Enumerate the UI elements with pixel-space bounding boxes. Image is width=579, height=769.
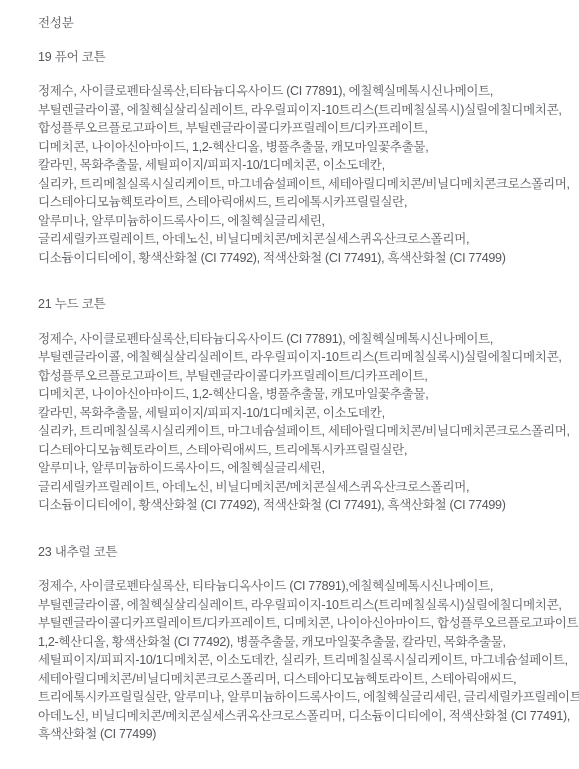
- ingredient-section: 23 내추럴 코튼정제수, 사이클로펜타실록산, 티타늄디옥사이드 (CI 77…: [38, 543, 579, 744]
- section-heading: 23 내추럴 코튼: [38, 543, 579, 562]
- section-heading: 21 누드 코튼: [38, 295, 579, 314]
- ingredient-line: 디소듐이디티에이, 황색산화철 (CI 77492), 적색산화철 (CI 77…: [38, 496, 579, 515]
- ingredient-line: 부틸렌글라이콜, 에칠헥실살리실레이트, 라우릴피이지-10트리스(트리메칠실록…: [38, 596, 579, 615]
- sections-container: 19 퓨어 코튼정제수, 사이클로펜타실록산,티타늄디옥사이드 (CI 7789…: [38, 48, 579, 744]
- ingredient-line: 디메치콘, 나이아신아마이드, 1,2-헥산디올, 병풀추출물, 캐모마일꽃추출…: [38, 138, 579, 157]
- page-title: 전성분: [38, 14, 579, 33]
- ingredient-line: 1,2-헥산디올, 황색산화철 (CI 77492), 병풀추출물, 캐모마일꽃…: [38, 633, 579, 652]
- ingredient-list: 정제수, 사이클로펜타실록산,티타늄디옥사이드 (CI 77891), 에칠헥실…: [38, 82, 579, 267]
- ingredient-line: 칼라민, 목화추출물, 세틸피이지/피피지-10/1디메치콘, 이소도데칸,: [38, 404, 579, 423]
- ingredient-line: 알루미나, 알루미늄하이드록사이드, 에칠헥실글리세린,: [38, 212, 579, 231]
- ingredient-line: 합성플루오르플로고파이트, 부틸렌글라이콜디카프릴레이트/디카프레이트,: [38, 367, 579, 386]
- ingredient-line: 디스테아디모늄헥토라이트, 스테아릭애씨드, 트리에톡시카프릴릴실란,: [38, 193, 579, 212]
- ingredient-line: 정제수, 사이클로펜타실록산, 티타늄디옥사이드 (CI 77891),에칠헥실…: [38, 577, 579, 596]
- ingredient-line: 정제수, 사이클로펜타실록산,티타늄디옥사이드 (CI 77891), 에칠헥실…: [38, 330, 579, 349]
- ingredient-line: 글리세릴카프릴레이트, 아데노신, 비닐디메치콘/메치콘실세스퀴옥산크로스폴리머…: [38, 478, 579, 497]
- ingredient-line: 실리카, 트리메칠실록시실리케이트, 마그네슘설페이트, 세테아릴디메치콘/비닐…: [38, 175, 579, 194]
- ingredient-line: 흑색산화철 (CI 77499): [38, 725, 579, 744]
- section-heading: 19 퓨어 코튼: [38, 48, 579, 67]
- ingredient-line: 부틸렌글라이콜, 에칠헥실살리실레이트, 라우릴피이지-10트리스(트리메칠실록…: [38, 101, 579, 120]
- ingredient-line: 트리에톡시카프릴릴실란, 알루미나, 알루미늄하이드록사이드, 에칠헥실글리세린…: [38, 688, 579, 707]
- ingredient-list: 정제수, 사이클로펜타실록산, 티타늄디옥사이드 (CI 77891),에칠헥실…: [38, 577, 579, 744]
- ingredient-line: 칼라민, 목화추출물, 세틸피이지/피피지-10/1디메치콘, 이소도데칸,: [38, 156, 579, 175]
- ingredient-line: 알루미나, 알루미늄하이드록사이드, 에칠헥실글리세린,: [38, 459, 579, 478]
- ingredients-document: 전성분 19 퓨어 코튼정제수, 사이클로펜타실록산,티타늄디옥사이드 (CI …: [0, 0, 579, 744]
- ingredient-line: 글리세릴카프릴레이트, 아데노신, 비닐디메치콘/메치콘실세스퀴옥산크로스폴리머…: [38, 230, 579, 249]
- ingredient-line: 아데노신, 비닐디메치콘/메치콘실세스퀴옥산크로스폴리머, 디소듐이디티에이, …: [38, 707, 579, 726]
- ingredient-line: 디메치콘, 나이아신아마이드, 1,2-헥산디올, 병풀추출물, 캐모마일꽃추출…: [38, 385, 579, 404]
- ingredient-list: 정제수, 사이클로펜타실록산,티타늄디옥사이드 (CI 77891), 에칠헥실…: [38, 330, 579, 515]
- ingredient-section: 21 누드 코튼정제수, 사이클로펜타실록산,티타늄디옥사이드 (CI 7789…: [38, 295, 579, 515]
- ingredient-line: 부틸렌글라이콜디카프릴레이트/디카프레이트, 디메치콘, 나이아신아마이드, 합…: [38, 614, 579, 633]
- ingredient-line: 실리카, 트리메칠실록시실리케이트, 마그네슘설페이트, 세테아릴디메치콘/비닐…: [38, 422, 579, 441]
- ingredient-line: 합성플루오르플로고파이트, 부틸렌글라이콜디카프릴레이트/디카프레이트,: [38, 119, 579, 138]
- ingredient-line: 디스테아디모늄헥토라이트, 스테아릭애씨드, 트리에톡시카프릴릴실란,: [38, 441, 579, 460]
- ingredient-line: 세틸피이지/피피지-10/1디메치콘, 이소도데칸, 실리카, 트리메칠실록시실…: [38, 651, 579, 670]
- ingredient-section: 19 퓨어 코튼정제수, 사이클로펜타실록산,티타늄디옥사이드 (CI 7789…: [38, 48, 579, 268]
- ingredient-line: 세테아릴디메치콘/비닐디메치콘크로스폴리머, 디스테아디모늄헥토라이트, 스테아…: [38, 670, 579, 689]
- ingredient-line: 부틸렌글라이콜, 에칠헥실살리실레이트, 라우릴피이지-10트리스(트리메칠실록…: [38, 348, 579, 367]
- ingredient-line: 디소듐이디티에이, 황색산화철 (CI 77492), 적색산화철 (CI 77…: [38, 249, 579, 268]
- ingredient-line: 정제수, 사이클로펜타실록산,티타늄디옥사이드 (CI 77891), 에칠헥실…: [38, 82, 579, 101]
